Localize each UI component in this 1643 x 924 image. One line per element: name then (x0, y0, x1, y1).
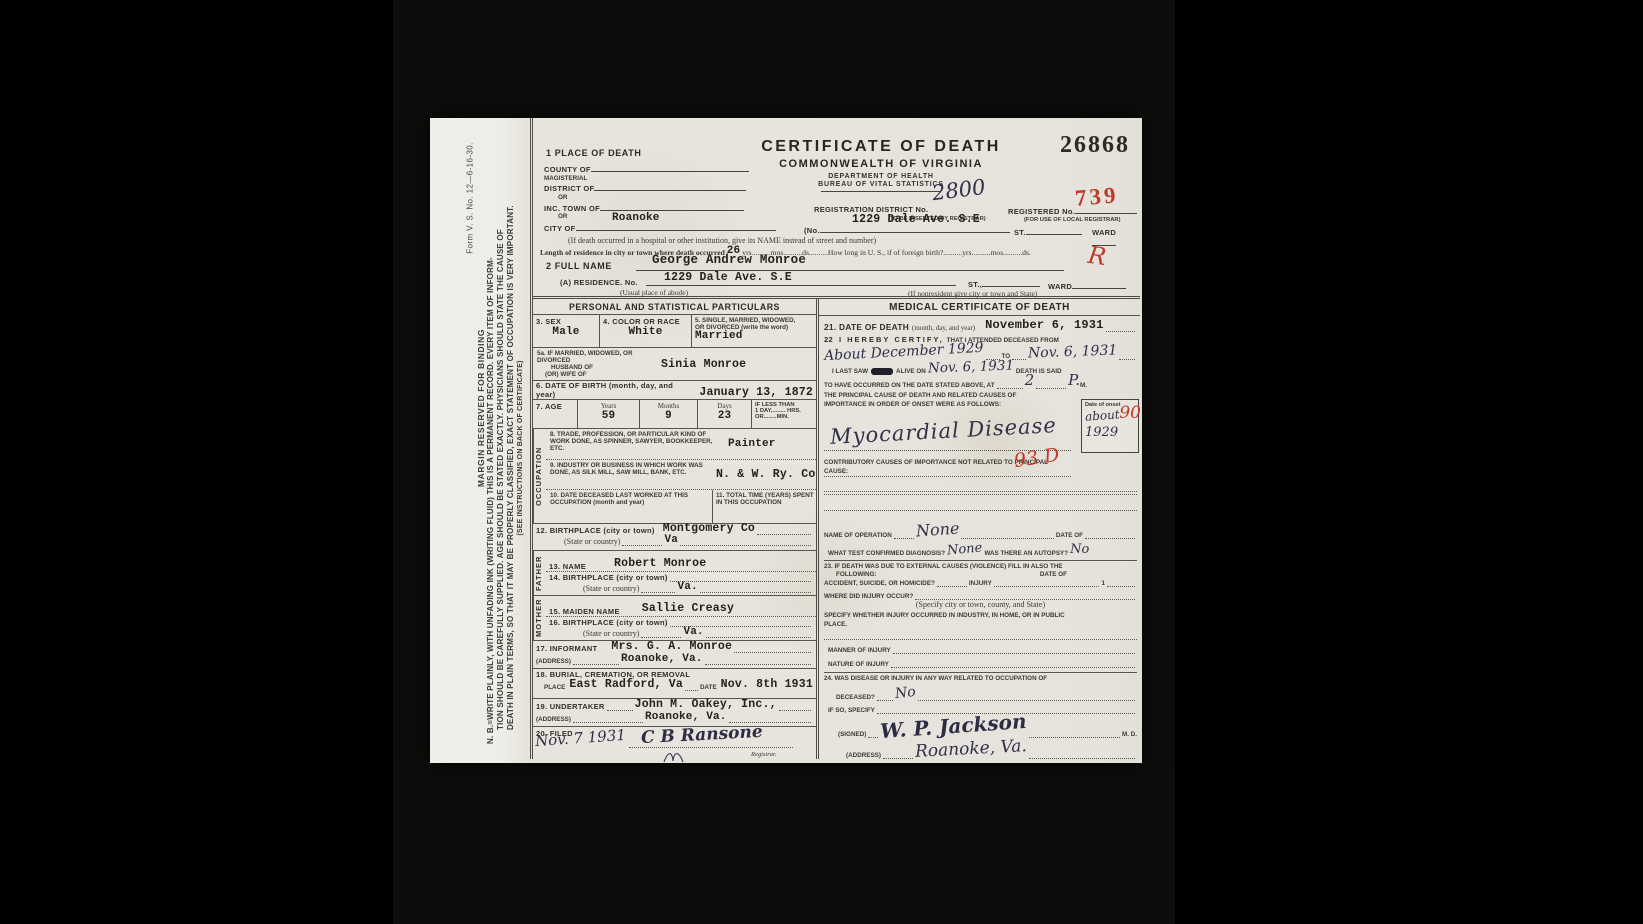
spouse-row: 5a. IF MARRIED, WIDOWED, OR DIVORCED HUS… (533, 348, 816, 381)
specify-whether-block: SPECIFY WHETHER INJURY OCCURRED IN INDUS… (824, 611, 1137, 640)
full-name-value: George Andrew Monroe (652, 253, 806, 267)
certificate-form: 26868 739 1 PLACE OF DEATH COUNTY OF MAG… (530, 118, 1140, 759)
residence-st-label: ST., (968, 278, 1040, 289)
informant-address-value: Roanoke, Va. (621, 653, 703, 665)
father-block: FATHER 13. NAME Robert Monroe 14. BIRTHP… (533, 551, 816, 596)
death-time-value: 2 (1025, 371, 1035, 389)
residence-ward-label: WARD (1048, 280, 1126, 291)
manner-row: MANNER OF INJURY (824, 646, 1137, 654)
husband-of-label: HUSBAND OF (537, 364, 661, 371)
nb-line-1: N. B.=WRITE PLAINLY, WITH UNFADING INK (… (486, 152, 496, 744)
sex-race-marital-row: 3. SEX Male 4. COLOR OR RACE White 5. SI… (533, 315, 816, 348)
occupation-related-label: 24. WAS DISEASE OR INJURY IN ANY WAY REL… (824, 675, 1137, 682)
physician-address-row: (ADDRESS) Roanoke, Va. (824, 739, 1137, 759)
informant-label: 17. INFORMANT (536, 644, 597, 653)
informant-value: Mrs. G. A. Monroe (611, 640, 732, 653)
test-value: None (946, 540, 982, 558)
occupation-related-block: 24. WAS DISEASE OR INJURY IN ANY WAY REL… (824, 672, 1137, 701)
place-of-death-label: 1 PLACE OF DEATH (546, 148, 641, 158)
red-r-mark: R (1086, 241, 1108, 271)
residence-label: (A) RESIDENCE. No. (560, 278, 638, 287)
dob-value: January 13, 1872 (699, 386, 813, 399)
if-so-label: IF SO, SPECIFY (828, 707, 875, 714)
occurred-row: TO HAVE OCCURRED ON THE DATE STATED ABOV… (824, 375, 1137, 389)
total-time-label: 11. TOTAL TIME (YEARS) SPENT IN THIS OCC… (712, 490, 816, 523)
undertaker-value: John M. Oakey, Inc., (635, 698, 777, 711)
sex-label: 3. SEX (536, 317, 596, 326)
registered-no-label: REGISTERED No. (1008, 205, 1137, 216)
attended-dates-row: About December 1929 TO Nov. 6, 1931 (824, 344, 1137, 360)
trade-label: 8. TRADE, PROFESSION, OR PARTICULAR KIND… (546, 429, 728, 459)
certificate-number: 26868 (1060, 132, 1130, 159)
mother-birthplace-label: 16. BIRTHPLACE (city or town) (549, 618, 668, 627)
manner-of-injury-label: MANNER OF INJURY (828, 647, 891, 654)
medical-certificate-column: MEDICAL CERTIFICATE OF DEATH 21. DATE OF… (819, 299, 1140, 759)
residence-value: 1229 Dale Ave. S.E (664, 271, 792, 284)
filed-row: 20. FILED Nov. 7 1931 C B Ransone Regist… (533, 727, 816, 759)
form-number: Form V. S. No. 12—6-16-30. (466, 142, 475, 253)
spouse-labels: 5a. IF MARRIED, WIDOWED, OR DIVORCED HUS… (533, 348, 661, 380)
birthplace-label: 12. BIRTHPLACE (city or town) (536, 526, 655, 535)
personal-section-title: PERSONAL AND STATISTICAL PARTICULARS (533, 299, 816, 315)
father-birthplace-label: 14. BIRTHPLACE (city or town) (549, 573, 668, 582)
nb-line-2: TION SHOULD BE CAREFULLY SUPPLIED. AGE S… (496, 152, 506, 744)
registration-district-value: 2800 (931, 175, 987, 205)
mother-maiden-label: 15. MAIDEN NAME (549, 607, 620, 616)
informant-row: 17. INFORMANT Mrs. G. A. Monroe (ADDRESS… (533, 641, 816, 669)
certificate-title: CERTIFICATE OF DEATH (736, 138, 1026, 156)
autopsy-value: No (1070, 542, 1089, 557)
father-side-label: FATHER (533, 551, 546, 595)
marital-field: 5. SINGLE, MARRIED, WIDOWED, OR DIVORCED… (691, 315, 816, 347)
red-stamp-90: 90 (1119, 403, 1141, 423)
operation-date-label: DATE OF (1056, 532, 1083, 539)
injury-label: INJURY (969, 580, 992, 587)
dob-label: 6. DATE OF BIRTH (month, day, and year) (536, 381, 693, 399)
accident-label: ACCIDENT, SUICIDE, OR HOMICIDE? (824, 580, 935, 587)
burial-date-label: DATE (700, 684, 717, 691)
physician-address-value: Roanoke, Va. (915, 736, 1028, 762)
item-22-number: 22 (824, 335, 833, 344)
test-label: WHAT TEST CONFIRMED DIAGNOSIS? (828, 550, 945, 557)
trade-row: 8. TRADE, PROFESSION, OR PARTICULAR KIND… (546, 429, 816, 460)
days-label: Days (701, 402, 748, 410)
years-label: Years (581, 402, 636, 410)
signed-label: (SIGNED) (838, 731, 866, 738)
ink-flourish (661, 749, 687, 765)
father-birthplace-row: 14. BIRTHPLACE (city or town) (State or … (546, 572, 816, 595)
date-of-death-label: 21. DATE OF DEATH (824, 322, 909, 332)
external-causes-block: 23. IF DEATH WAS DUE TO EXTERNAL CAUSES … (824, 560, 1137, 587)
industry-value: N. & W. Ry. Co (716, 468, 816, 481)
local-registrar-note: (FOR USE OF LOCAL REGISTRAR) (1024, 217, 1121, 223)
marital-label-1: 5. SINGLE, MARRIED, WIDOWED, (695, 317, 813, 324)
undertaker-address-label: (ADDRESS) (536, 716, 571, 723)
mother-birthplace-value: Va. (683, 626, 703, 638)
marital-value: Married (695, 330, 813, 342)
hospital-note: (If death occurred in a hospital or othe… (568, 236, 876, 245)
if-less-than-field: IF LESS THAN 1 DAY,........ HRS. OR.....… (751, 400, 816, 428)
color-race-label: 4. COLOR OR RACE (603, 317, 688, 326)
principal-cause-block: THE PRINCIPAL CAUSE OF DEATH AND RELATED… (824, 389, 1137, 458)
form-header: 26868 739 1 PLACE OF DEATH COUNTY OF MAG… (536, 118, 1140, 296)
principal-cause-label: THE PRINCIPAL CAUSE OF DEATH AND RELATED… (824, 389, 1060, 409)
registrar-label: Registrar. (751, 751, 776, 758)
operation-label: NAME OF OPERATION (824, 532, 892, 539)
birthplace-state-value: Va (664, 534, 678, 546)
age-row: 7. AGE Years 59 Months 9 Days 23 IF LES (533, 400, 816, 429)
test-autopsy-row: WHAT TEST CONFIRMED DIAGNOSIS? None WAS … (824, 542, 1137, 557)
mother-state-label: (State or country) (583, 629, 639, 638)
meridian-label: M. (1080, 382, 1087, 389)
where-injury-block: WHERE DID INJURY OCCUR? (Specify city or… (824, 592, 1137, 609)
alive-on-label: ALIVE ON (896, 368, 926, 375)
father-name-value: Robert Monroe (614, 557, 706, 570)
father-name-row: 13. NAME Robert Monroe (546, 551, 816, 572)
days-value: 23 (701, 410, 748, 422)
date-of-death-value: November 6, 1931 (985, 318, 1103, 332)
operation-row: NAME OF OPERATION None DATE OF (824, 520, 1137, 539)
wife-of-label: (OR) WIFE OF (537, 371, 661, 378)
undertaker-address-value: Roanoke, Va. (645, 711, 727, 723)
district-label: DISTRICT OF (544, 182, 746, 193)
mother-maiden-value: Sallie Creasy (642, 602, 734, 615)
or-label-1: OR (558, 194, 567, 201)
attended-to-value: Nov. 6, 1931 (1028, 342, 1118, 361)
spouse-label-1: 5a. IF MARRIED, WIDOWED, OR DIVORCED (537, 350, 661, 364)
industry-label: 9. INDUSTRY OR BUSINESS IN WHICH WORK WA… (546, 460, 716, 490)
death-certificate-document: Form V. S. No. 12—6-16-30. MARGIN RESERV… (430, 118, 1142, 763)
see-instructions-note: (SEE INSTRUCTIONS ON BACK OF CERTIFICATE… (516, 152, 526, 744)
margin-binding-note: MARGIN RESERVED FOR BINDING (476, 329, 486, 487)
form-body: PERSONAL AND STATISTICAL PARTICULARS 3. … (533, 296, 1140, 759)
age-months: Months 9 (639, 400, 697, 428)
death-is-said-label: DEATH IS SAID (1016, 368, 1062, 375)
ink-blot (871, 368, 893, 375)
age-label: 7. AGE (533, 400, 577, 428)
color-race-field: 4. COLOR OR RACE White (599, 315, 691, 347)
nature-row: NATURE OF INJURY (824, 660, 1137, 668)
md-label: M. D. (1122, 731, 1137, 738)
signed-row: (SIGNED) W. P. Jackson M. D. (824, 716, 1137, 738)
occupation-related-value: No (894, 684, 916, 702)
nb-line-3: DEATH IN PLAIN TERMS, SO THAT IT MAY BE … (506, 152, 516, 744)
industry-row: 9. INDUSTRY OR BUSINESS IN WHICH WORK WA… (546, 460, 816, 491)
medical-section-title: MEDICAL CERTIFICATE OF DEATH (819, 299, 1140, 316)
specify-whether-label: SPECIFY WHETHER INJURY OCCURRED IN INDUS… (824, 611, 1074, 629)
death-meridian-value: P. (1068, 371, 1080, 389)
months-label: Months (643, 402, 694, 410)
specify-city-note: (Specify city or town, county, and State… (824, 600, 1137, 609)
mother-block: MOTHER 15. MAIDEN NAME Sallie Creasy 16.… (533, 596, 816, 641)
last-saw-label: I LAST SAW (832, 368, 868, 375)
deceased-label: DECEASED? (836, 694, 875, 701)
injury-date-of-label: DATE OF (1040, 571, 1067, 578)
last-saw-value: Nov. 6, 1931 (928, 358, 1015, 377)
street-no-label: (No. (804, 224, 1010, 235)
color-race-value: White (603, 326, 688, 338)
burial-date-value: Nov. 8th 1931 (721, 678, 813, 691)
external-causes-label-2: FOLLOWING: (836, 571, 877, 578)
autopsy-label: WAS THERE AN AUTOPSY? (984, 550, 1068, 557)
city-label: CITY OF (544, 222, 776, 233)
years-value: 59 (581, 410, 636, 422)
birthplace-row: 12. BIRTHPLACE (city or town) Montgomery… (533, 524, 816, 551)
county-label: COUNTY OF (544, 163, 749, 174)
occurred-label: TO HAVE OCCURRED ON THE DATE STATED ABOV… (824, 382, 995, 389)
injury-one: 1 (1101, 580, 1105, 587)
full-name-label: 2 FULL NAME (546, 261, 612, 271)
last-worked-label: 10. DATE DECEASED LAST WORKED AT THIS OC… (546, 490, 712, 523)
nature-of-injury-label: NATURE OF INJURY (828, 661, 889, 668)
undertaker-label: 19. UNDERTAKER (536, 702, 605, 711)
mother-birthplace-row: 16. BIRTHPLACE (city or town) (State or … (546, 617, 816, 640)
state-country-label: (State or country) (564, 537, 620, 546)
or-label-2: OR (558, 213, 567, 220)
magisterial-label: MAGISTERIAL (544, 175, 587, 182)
commonwealth-subtitle: COMMONWEALTH OF VIRGINIA (736, 158, 1026, 170)
occupation-block: OCCUPATION 8. TRADE, PROFESSION, OR PART… (533, 429, 816, 524)
dob-row: 6. DATE OF BIRTH (month, day, and year) … (533, 381, 816, 400)
personal-particulars-column: PERSONAL AND STATISTICAL PARTICULARS 3. … (533, 299, 819, 759)
father-name-label: 13. NAME (549, 562, 586, 571)
informant-address-label: (ADDRESS) (536, 658, 571, 665)
st-label: ST. (1014, 226, 1082, 237)
last-worked-row: 10. DATE DECEASED LAST WORKED AT THIS OC… (546, 490, 816, 523)
sex-field: 3. SEX Male (533, 315, 599, 347)
age-days: Days 23 (697, 400, 751, 428)
where-injury-label: WHERE DID INJURY OCCUR? (824, 593, 913, 600)
mother-side-label: MOTHER (533, 596, 546, 640)
onset-value-2: 1929 (1085, 425, 1135, 440)
sex-value: Male (536, 326, 596, 338)
age-years: Years 59 (577, 400, 639, 428)
last-saw-row: I LAST SAW ALIVE ON Nov. 6, 1931 DEATH I… (824, 360, 1137, 375)
mother-name-row: 15. MAIDEN NAME Sallie Creasy (546, 596, 816, 617)
father-state-label: (State or country) (583, 584, 639, 593)
margin-nb-note: N. B.=WRITE PLAINLY, WITH UNFADING INK (… (486, 152, 526, 744)
spouse-value: Sinia Monroe (661, 358, 816, 371)
months-value: 9 (643, 410, 694, 422)
external-causes-label-1: 23. IF DEATH WAS DUE TO EXTERNAL CAUSES … (824, 563, 1137, 570)
contributory-block: CONTRIBUTORY CAUSES OF IMPORTANCE NOT RE… (824, 458, 1137, 511)
occupation-side-label: OCCUPATION (533, 429, 546, 523)
burial-row: 18. BURIAL, CREMATION, OR REMOVAL PLACE … (533, 669, 816, 699)
burial-place-value: East Radford, Va (569, 678, 683, 691)
physician-address-label: (ADDRESS) (846, 752, 881, 759)
length-of-residence-line: Length of residence in city or town wher… (540, 247, 1136, 259)
burial-place-label: PLACE (544, 684, 565, 691)
undertaker-row: 19. UNDERTAKER John M. Oakey, Inc., (ADD… (533, 699, 816, 727)
trade-value: Painter (728, 438, 816, 450)
father-birthplace-value: Va. (677, 581, 697, 593)
date-of-death-row: 21. DATE OF DEATH (month, day, and year)… (824, 318, 1137, 332)
operation-value: None (915, 519, 960, 541)
date-of-death-sublabel: (month, day, and year) (912, 324, 975, 332)
if-less-label-3: OR........MIN. (755, 414, 813, 420)
